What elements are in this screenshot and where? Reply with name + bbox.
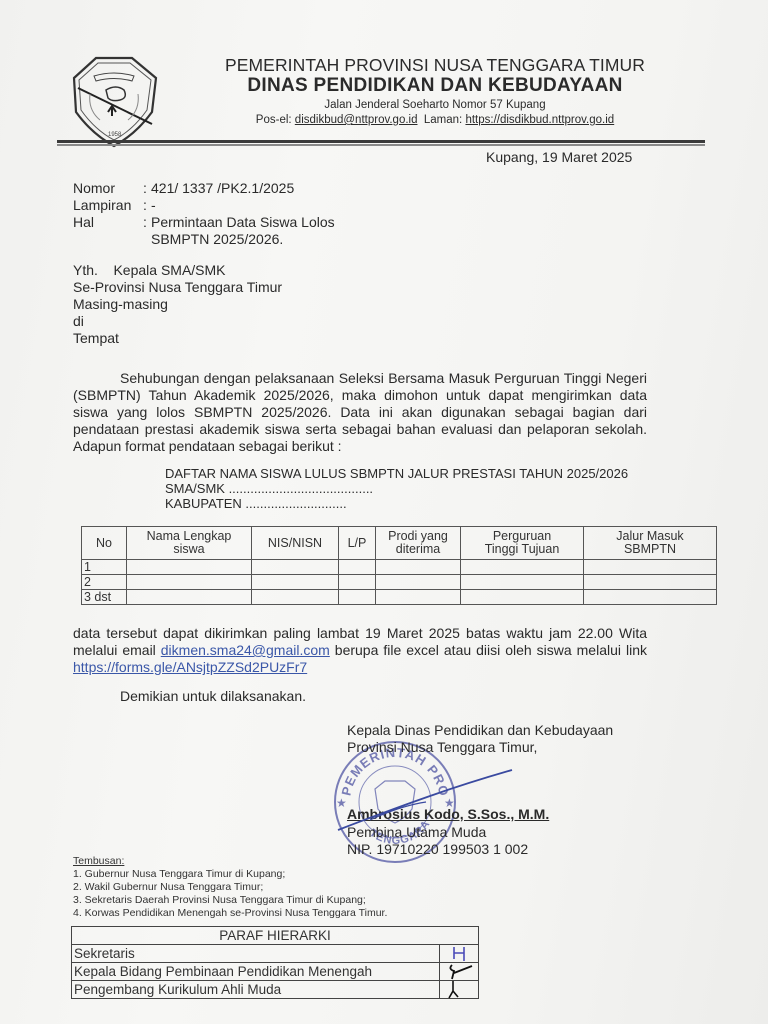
table-cell (127, 560, 252, 575)
recipient-line3: Masing-masing (73, 296, 168, 312)
body-paragraph-1: Sehubungan dengan pelaksanaan Seleksi Be… (73, 370, 647, 455)
hal-label: Hal (73, 214, 94, 231)
column-header-line: L/P (341, 537, 373, 550)
table-cell (339, 575, 376, 590)
paraf-row: Sekretaris (72, 945, 479, 963)
submission-method-text: berupa file excel atau diisi oleh siswa … (330, 642, 647, 658)
submission-email-link[interactable]: dikmen.sma24@gmail.com (161, 642, 330, 658)
colon: : (143, 180, 147, 197)
table-cell (461, 590, 584, 605)
paraf-row: Pengembang Kurikulum Ahli Muda (72, 981, 479, 999)
tembusan-item: 4. Korwas Pendidikan Menengah se-Provins… (73, 907, 387, 919)
hal-value-line1: Permintaan Data Siswa Lolos (151, 214, 335, 231)
tembusan-item: 3. Sekretaris Daerah Provinsi Nusa Tengg… (73, 894, 366, 906)
recipient-line1: Yth. Kepala SMA/SMK (73, 262, 226, 278)
table-column-header: L/P (339, 527, 376, 560)
row-number-cell: 1 (82, 560, 127, 575)
paraf-hierarchy-table: PARAF HIERARKI Sekretaris Kepala Bidang … (71, 926, 479, 999)
table-column-header: No (82, 527, 127, 560)
letter-page: 1958 PEMERINTAH PROVINSI NUSA TENGGARA T… (0, 0, 768, 1024)
initial-blue-icon (440, 945, 478, 963)
table-cell (376, 575, 461, 590)
table-row: 1 (82, 560, 717, 575)
table-row: 3 dst (82, 590, 717, 605)
row-number-cell: 2 (82, 575, 127, 590)
initial-black-icon (440, 963, 478, 981)
recipient-title: Kepala SMA/SMK (113, 262, 225, 278)
signatory-nip: NIP. 19710220 199503 1 002 (347, 841, 528, 857)
body-paragraph-1-text: Sehubungan dengan pelaksanaan Seleksi Be… (73, 370, 647, 455)
google-form-link[interactable]: https://forms.gle/ANsjtpZZSd2PUzFr7 (73, 659, 307, 675)
table-header-row: NoNama LengkapsiswaNIS/NISNL/PProdi yang… (82, 527, 717, 560)
nomor-value: 421/ 1337 /PK2.1/2025 (151, 180, 294, 197)
paraf-initial-cell (439, 963, 478, 981)
table-column-header: PerguruanTinggi Tujuan (461, 527, 584, 560)
tembusan-item: 1. Gubernur Nusa Tenggara Timur di Kupan… (73, 868, 285, 880)
table-cell (461, 560, 584, 575)
recipient-line2: Se-Provinsi Nusa Tenggara Timur (73, 279, 282, 295)
paraf-row: Kepala Bidang Pembinaan Pendidikan Menen… (72, 963, 479, 981)
paraf-initial-cell (439, 981, 478, 999)
letterhead-divider-thin (57, 144, 705, 146)
column-header-line: NIS/NISN (254, 537, 336, 550)
provincial-coat-of-arms-icon: 1958 (66, 50, 162, 150)
website-label: Laman: (424, 114, 462, 126)
signatory-title-line2: Provinsi Nusa Tenggara Timur, (347, 739, 537, 755)
table-cell (252, 575, 339, 590)
table-cell (376, 590, 461, 605)
paraf-initial-cell (439, 945, 478, 963)
table-column-header: NIS/NISN (252, 527, 339, 560)
table-cell (584, 560, 717, 575)
letterhead-divider (57, 140, 705, 143)
nomor-label: Nomor (73, 180, 115, 197)
paraf-label: Kepala Bidang Pembinaan Pendidikan Menen… (72, 963, 440, 981)
table-cell (339, 560, 376, 575)
yth-label: Yth. (73, 262, 98, 278)
form-school-line: SMA/SMK ................................… (165, 482, 373, 497)
hal-value-line2: SBMPTN 2025/2026. (151, 231, 283, 248)
colon: : (143, 197, 147, 214)
tembusan-title-text: Tembusan (73, 855, 121, 867)
department-name: DINAS PENDIDIKAN DAN KEBUDAYAAN (150, 75, 720, 97)
paraf-label: Pengembang Kurikulum Ahli Muda (72, 981, 440, 999)
form-title: DAFTAR NAMA SISWA LULUS SBMPTN JALUR PRE… (165, 467, 628, 482)
lampiran-label: Lampiran (73, 197, 131, 214)
initial-black-icon (440, 981, 478, 999)
recipient-line4: di (73, 313, 84, 329)
table-column-header: Prodi yangditerima (376, 527, 461, 560)
table-column-header: Jalur MasukSBMPTN (584, 527, 717, 560)
recipient-line5: Tempat (73, 330, 119, 346)
table-cell (127, 590, 252, 605)
column-header-line: SBMPTN (586, 543, 714, 556)
table-cell (376, 560, 461, 575)
student-data-table: NoNama LengkapsiswaNIS/NISNL/PProdi yang… (81, 526, 717, 605)
office-email-link[interactable]: disdikbud@nttprov.go.id (295, 114, 418, 126)
office-address: Jalan Jenderal Soeharto Nomor 57 Kupang (150, 99, 720, 111)
paraf-title: PARAF HIERARKI (72, 927, 479, 945)
contact-line: Pos-el: disdikbud@nttprov.go.id Laman: h… (150, 114, 720, 126)
column-header-line: siswa (129, 543, 249, 556)
table-cell (339, 590, 376, 605)
row-number-cell: 3 dst (82, 590, 127, 605)
form-district-line: KABUPATEN ............................ (165, 497, 347, 512)
place-date: Kupang, 19 Maret 2025 (486, 149, 632, 165)
column-header-line: diterima (378, 543, 458, 556)
column-header-line: No (84, 537, 124, 550)
paraf-label: Sekretaris (72, 945, 440, 963)
column-header-line: Tinggi Tujuan (463, 543, 581, 556)
office-website-link[interactable]: https://disdikbud.nttprov.go.id (465, 114, 614, 126)
table-cell (252, 590, 339, 605)
table-cell (584, 590, 717, 605)
government-name: PEMERINTAH PROVINSI NUSA TENGGARA TIMUR (150, 55, 720, 76)
tembusan-title: Tembusan: (73, 855, 124, 867)
table-cell (461, 575, 584, 590)
table-column-header: Nama Lengkapsiswa (127, 527, 252, 560)
closing-text: Demikian untuk dilaksanakan. (120, 688, 306, 705)
colon: : (143, 214, 147, 231)
table-cell (127, 575, 252, 590)
handwritten-signature-icon (330, 758, 520, 838)
svg-text:1958: 1958 (108, 132, 122, 138)
lampiran-value: - (151, 197, 156, 214)
signatory-title-line1: Kepala Dinas Pendidikan dan Kebudayaan (347, 722, 613, 738)
tembusan-item: 2. Wakil Gubernur Nusa Tenggara Timur; (73, 881, 263, 893)
table-cell (252, 560, 339, 575)
table-cell (584, 575, 717, 590)
table-row: 2 (82, 575, 717, 590)
email-label: Pos-el: (256, 114, 292, 126)
letter-meta: Nomor : 421/ 1337 /PK2.1/2025 Lampiran :… (0, 180, 768, 250)
body-paragraph-2: data tersebut dapat dikirimkan paling la… (73, 625, 647, 676)
